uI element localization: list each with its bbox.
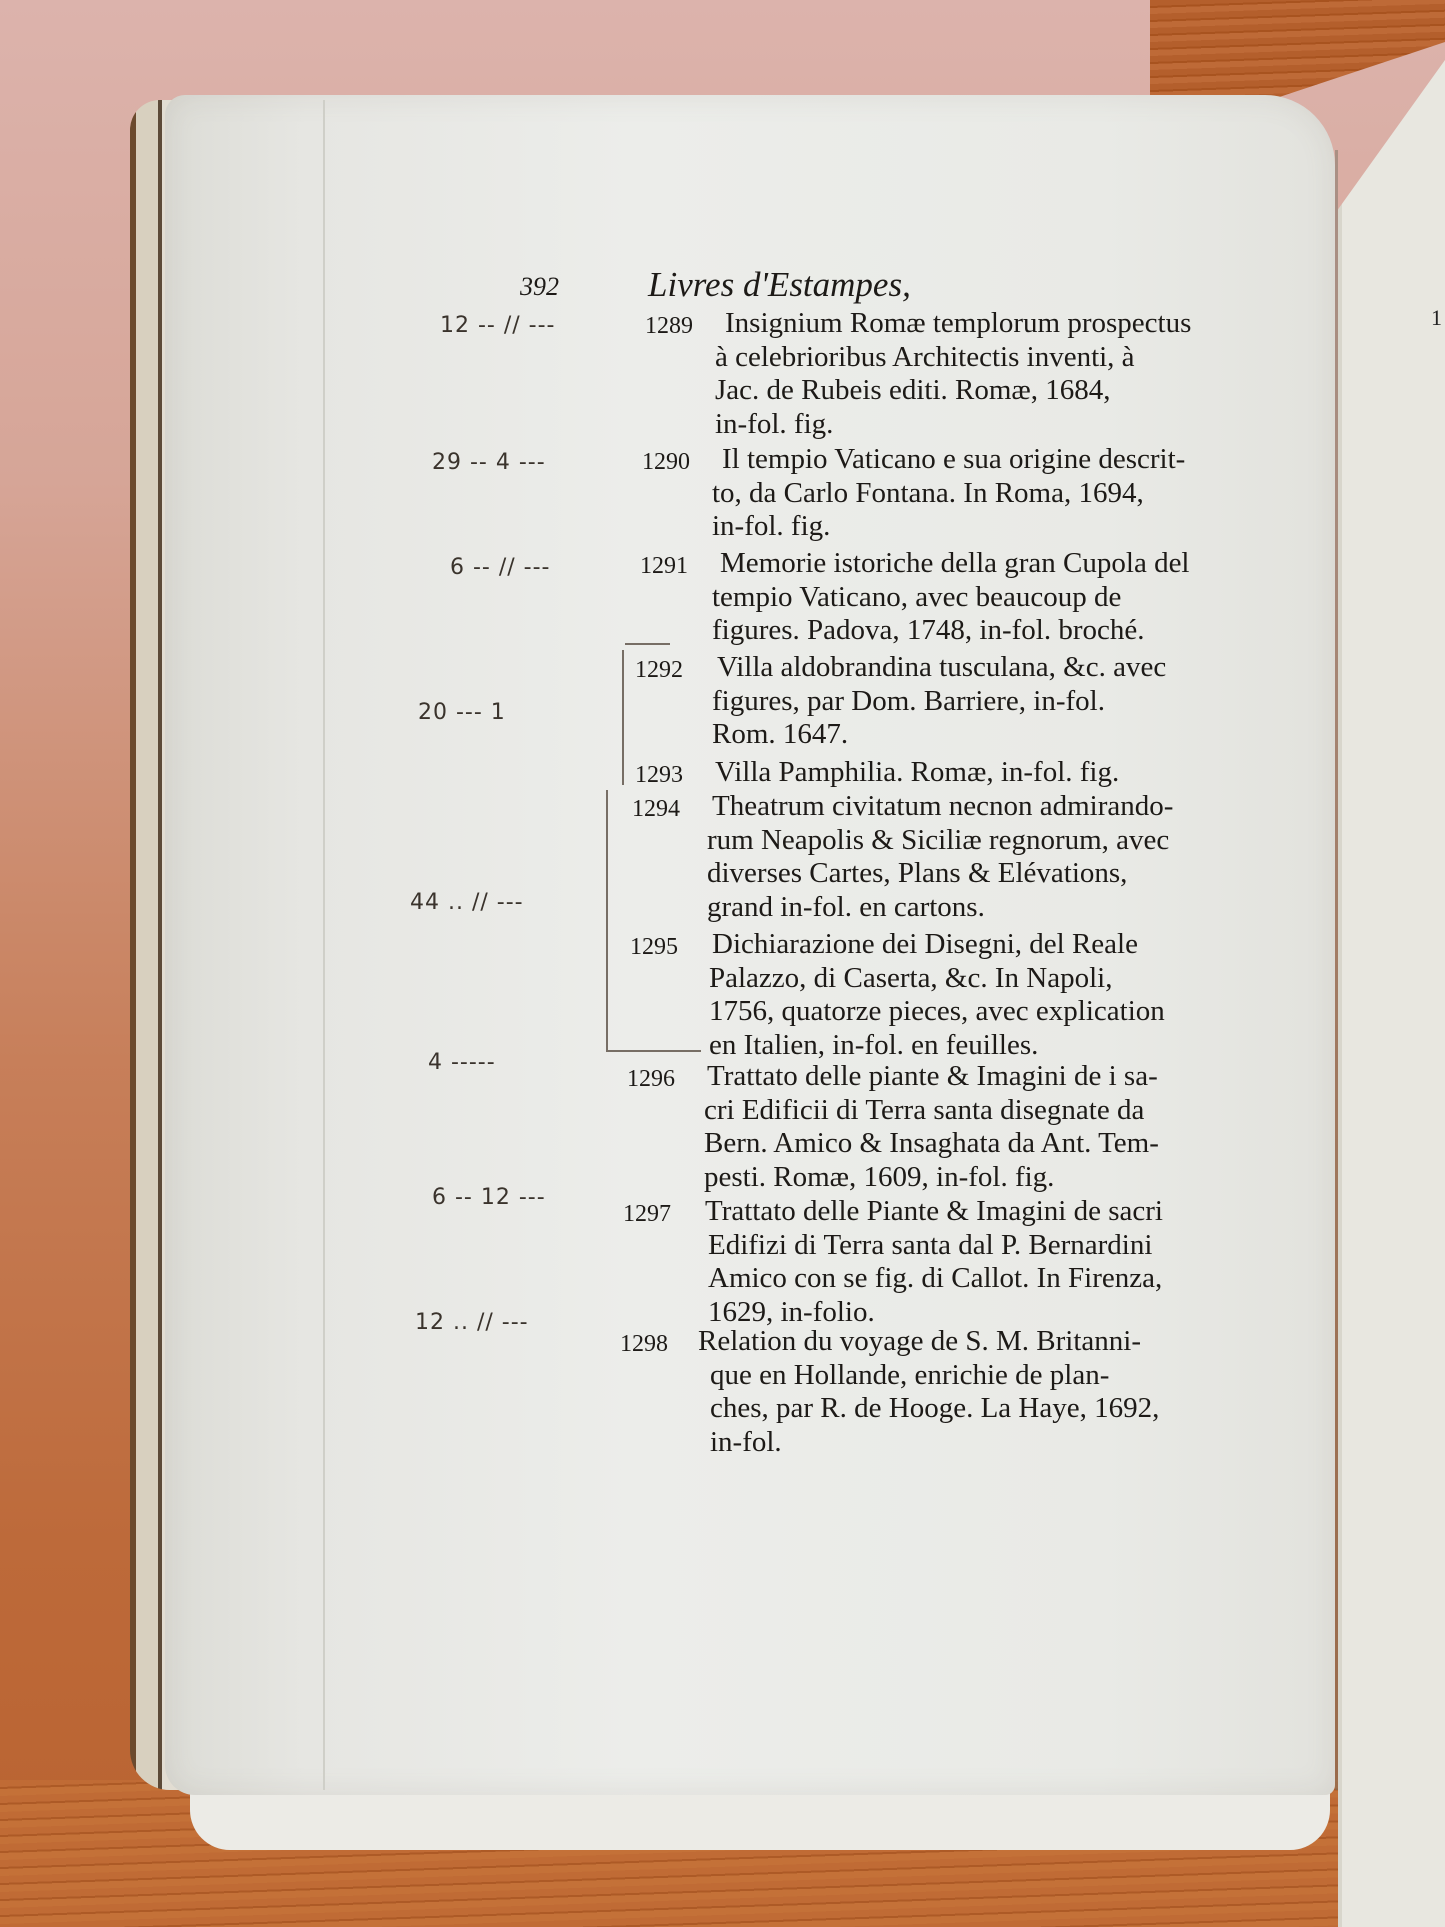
handwritten-price: 20 --- 1 [418,700,506,725]
entry-number: 1292 [635,654,683,688]
entry-line: figures. Padova, 1748, in-fol. broché. [712,614,1230,648]
running-header: Livres d'Estampes, [648,265,911,305]
entry-line: pesti. Romæ, 1609, in-fol. fig. [704,1161,1227,1195]
entry-number: 1298 [620,1328,668,1362]
entry-line: rum Neapolis & Siciliæ regnorum, avec [707,824,1232,858]
entry-number: 1295 [630,931,678,965]
entry-number: 1294 [632,793,680,827]
entry-line: Palazzo, di Caserta, &c. In Napoli, [709,962,1232,996]
entry-line: 1629, in-folio. [708,1296,1223,1330]
entry-line: Amico con se fig. di Callot. In Firenza, [708,1262,1223,1296]
entry-line: Villa Pamphilia. Romæ, in-fol. fig. [715,756,1215,790]
entry-line: Memorie istoriche della gran Cupola del [720,547,1230,581]
handwritten-price: 12 .. // --- [415,1310,529,1335]
entry-line: figures, par Dom. Barriere, in-fol. [712,685,1232,719]
entry-number: 1289 [645,310,693,344]
entry-line: in-fol. fig. [712,510,1227,544]
entry-number: 1293 [635,759,683,793]
entry-line: Jac. de Rubeis editi. Romæ, 1684, [715,374,1230,408]
entry-line: en Italien, in-fol. en feuilles. [709,1029,1232,1063]
handwritten-bracket [606,790,608,1050]
entry-line: Bern. Amico & Insaghata da Ant. Tem- [704,1127,1227,1161]
entry-line: Theatrum civitatum necnon admirando- [712,790,1232,824]
entry-line: Villa aldobrandina tusculana, &c. avec [717,651,1232,685]
entry-line: Rom. 1647. [712,718,1232,752]
entry-line: in-fol. fig. [715,408,1230,442]
handwritten-price: 4 ----- [428,1050,496,1075]
entry-line: Insignium Romæ templorum prospectus [725,307,1230,341]
entry-line: Trattato delle Piante & Imagini de sacri [705,1195,1223,1229]
entry-line: Dichiarazione dei Disegni, del Reale [712,928,1232,962]
handwritten-price: 6 -- // --- [450,555,551,580]
entry-number: 1296 [627,1063,675,1097]
entry-number: 1290 [642,446,690,480]
entry-line: Edifizi di Terra santa dal P. Bernardini [708,1229,1223,1263]
printed-text: 392 Livres d'Estampes, 1289 Insignium Ro… [0,0,1445,1927]
entry-number: 1297 [623,1198,671,1232]
entry-line: que en Hollande, enrichie de plan- [710,1359,1218,1393]
entry-line: in-fol. [710,1426,1218,1460]
handwritten-bracket [606,1050,701,1052]
entry-number: 1291 [640,550,688,584]
entry-line: cri Edificii di Terra santa disegnate da [704,1094,1227,1128]
handwritten-price: 12 -- // --- [440,313,556,338]
entry-line: tempio Vaticano, avec beaucoup de [712,581,1230,615]
handwritten-bracket [625,643,670,645]
entry-line: 1756, quatorze pieces, avec explication [709,995,1232,1029]
entry-line: à celebrioribus Architectis inventi, à [715,341,1230,375]
entry-line: Trattato delle piante & Imagini de i sa- [707,1060,1227,1094]
entry-line: to, da Carlo Fontana. In Roma, 1694, [712,477,1227,511]
entry-line: Relation du voyage de S. M. Britanni- [698,1325,1218,1359]
entry-line: diverses Cartes, Plans & Elévations, [707,857,1232,891]
entry-line: Il tempio Vaticano e sua origine descrit… [722,443,1227,477]
handwritten-price: 44 .. // --- [410,890,524,915]
handwritten-price: 6 -- 12 --- [432,1185,546,1210]
page-number: 392 [520,272,559,302]
handwritten-bracket [622,650,624,785]
handwritten-price: 29 -- 4 --- [432,450,546,475]
entry-line: ches, par R. de Hooge. La Haye, 1692, [710,1392,1218,1426]
entry-line: grand in-fol. en cartons. [707,891,1232,925]
